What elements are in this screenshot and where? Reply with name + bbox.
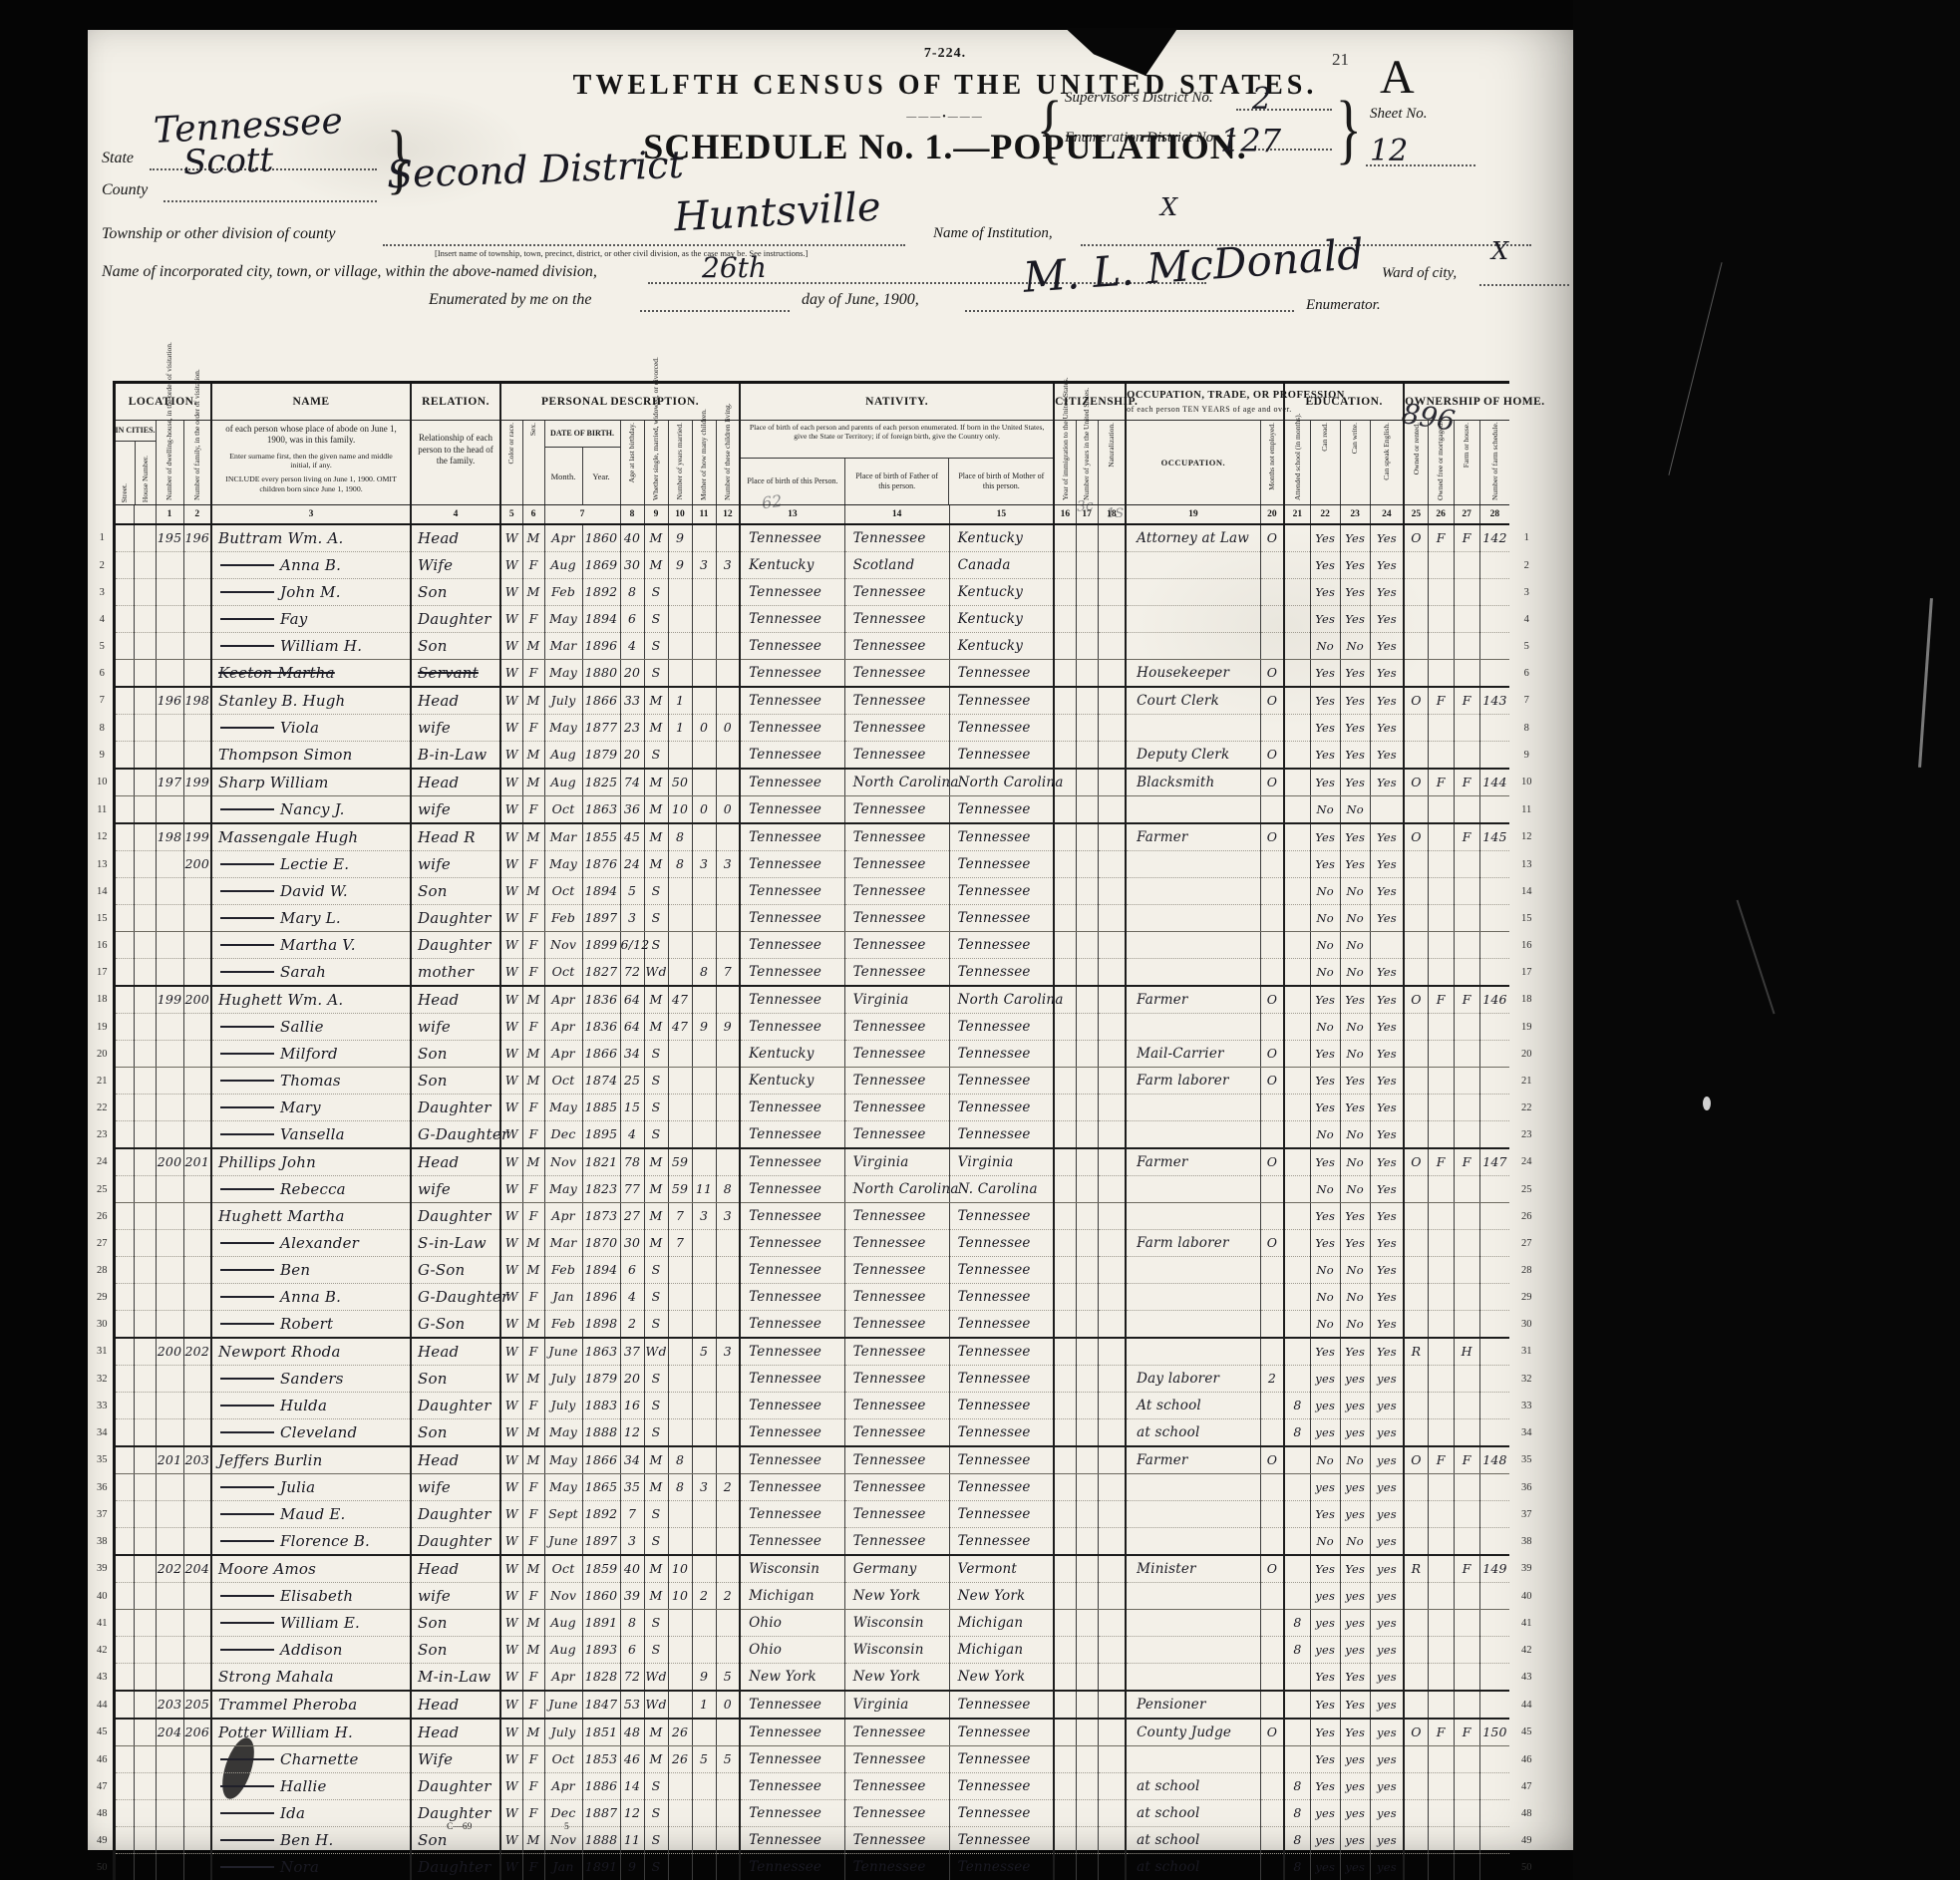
free-mortgaged-cell — [1428, 1257, 1454, 1284]
months-not-employed-cell — [1260, 1176, 1284, 1203]
can-speak-english-cell: Yes — [1370, 986, 1404, 1014]
free-mortgaged-cell — [1428, 1176, 1454, 1203]
sex-cell: M — [522, 986, 544, 1014]
name-cell: Julia — [211, 1474, 411, 1501]
birthplace-cell: Tennessee — [740, 1800, 844, 1827]
family-number — [183, 1610, 211, 1637]
father-birthplace-cell: Tennessee — [844, 687, 949, 715]
can-read-cell: Yes — [1310, 1501, 1340, 1528]
relation-cell: Daughter — [411, 1393, 500, 1419]
owned-rented-cell — [1404, 1014, 1428, 1041]
children-living-cell — [716, 1230, 740, 1257]
relation-cell: S-in-Law — [411, 1230, 500, 1257]
street-cell — [114, 986, 134, 1014]
months-not-employed-cell — [1260, 1854, 1284, 1880]
children-living-cell: 2 — [716, 1474, 740, 1501]
children-living-cell — [716, 1555, 740, 1583]
name-cell: David W. — [211, 878, 411, 905]
mother-of-children-cell — [692, 1419, 716, 1447]
can-write-cell: Yes — [1340, 1555, 1370, 1583]
years-in-us-cell — [1076, 1203, 1098, 1230]
marital-status-cell: S — [644, 1366, 668, 1393]
can-speak-english-cell: Yes — [1370, 1068, 1404, 1095]
father-birthplace-cell: Tennessee — [844, 606, 949, 633]
mother-of-children-cell — [692, 1501, 716, 1528]
relation-cell: Wife — [411, 1746, 500, 1773]
can-write-cell: Yes — [1340, 715, 1370, 742]
birth-year-cell: 1863 — [582, 1338, 620, 1366]
sex-cell: F — [522, 1393, 544, 1419]
marital-status-cell: S — [644, 1068, 668, 1095]
can-write-cell: No — [1340, 796, 1370, 824]
immigration-year-cell — [1054, 932, 1076, 959]
birthplace-cell: Tennessee — [740, 1121, 844, 1149]
house-number-cell — [134, 1393, 156, 1419]
birthplace-cell: Michigan — [740, 1583, 844, 1610]
farm-schedule-cell — [1479, 1746, 1509, 1773]
name-cell: Anna B. — [211, 552, 411, 579]
street-cell — [114, 1338, 134, 1366]
sex-cell: F — [522, 959, 544, 987]
ditto-dash — [220, 1053, 274, 1055]
age-cell: 6 — [620, 606, 644, 633]
dwelling-number — [156, 851, 183, 878]
dwelling-number: 197 — [156, 769, 183, 796]
immigration-year-cell — [1054, 1854, 1076, 1880]
immigration-year-cell — [1054, 606, 1076, 633]
family-number — [183, 1068, 211, 1095]
mother-of-children-cell — [692, 1446, 716, 1474]
immigration-year-cell — [1054, 1148, 1076, 1176]
row-number-right: 4 — [1509, 606, 1543, 633]
can-speak-english-cell: Yes — [1370, 524, 1404, 552]
free-mortgaged-cell — [1428, 1041, 1454, 1068]
years-in-us-cell — [1076, 1854, 1098, 1880]
color-cell: W — [500, 1664, 522, 1692]
free-mortgaged-cell — [1428, 1230, 1454, 1257]
months-not-employed-cell — [1260, 1121, 1284, 1149]
color-cell: W — [500, 1474, 522, 1501]
family-number — [183, 1095, 211, 1121]
mother-of-children-cell: 5 — [692, 1746, 716, 1773]
name-cell: Strong Mahala — [211, 1664, 411, 1692]
farm-house-cell — [1454, 1827, 1479, 1854]
row-number-right: 32 — [1509, 1366, 1543, 1393]
census-row: 50NoraDaughterWFJan18919STennesseeTennes… — [92, 1854, 1543, 1880]
can-read-cell: Yes — [1310, 1203, 1340, 1230]
children-living-cell — [716, 742, 740, 770]
name-cell: Maud E. — [211, 1501, 411, 1528]
can-write-cell: No — [1340, 1446, 1370, 1474]
birth-month-cell: May — [544, 660, 582, 688]
can-write-cell: yes — [1340, 1746, 1370, 1773]
ditto-dash — [220, 1080, 274, 1082]
free-mortgaged-cell — [1428, 1121, 1454, 1149]
row-number-right: 47 — [1509, 1773, 1543, 1800]
house-number-cell — [134, 742, 156, 770]
street-cell — [114, 579, 134, 606]
can-speak-english-cell: Yes — [1370, 1148, 1404, 1176]
mother-birthplace-cell: Kentucky — [949, 579, 1054, 606]
months-not-employed-cell: O — [1260, 986, 1284, 1014]
age-cell: 8 — [620, 1610, 644, 1637]
months-not-employed-cell: O — [1260, 1068, 1284, 1095]
mother-of-children-cell: 8 — [692, 959, 716, 987]
age-cell: 40 — [620, 1555, 644, 1583]
birthplace-cell: Ohio — [740, 1637, 844, 1664]
farm-house-cell — [1454, 1854, 1479, 1880]
can-speak-english-cell: yes — [1370, 1719, 1404, 1746]
months-not-employed-cell — [1260, 579, 1284, 606]
age-cell: 23 — [620, 715, 644, 742]
immigration-year-cell — [1054, 1419, 1076, 1447]
row-number-left: 28 — [92, 1257, 114, 1284]
age-cell: 7 — [620, 1501, 644, 1528]
months-not-employed-cell: O — [1260, 823, 1284, 851]
mother-birthplace-cell: Tennessee — [949, 796, 1054, 824]
dwelling-number: 202 — [156, 1555, 183, 1583]
row-number-left: 23 — [92, 1121, 114, 1149]
age-cell: 2 — [620, 1311, 644, 1339]
street-cell — [114, 878, 134, 905]
enumerator-underline — [965, 309, 1294, 312]
naturalization-cell — [1098, 1719, 1126, 1746]
mother-birthplace-cell: Tennessee — [949, 1827, 1054, 1854]
sex-cell: F — [522, 1773, 544, 1800]
sex-cell: M — [522, 1148, 544, 1176]
father-birthplace-cell: Tennessee — [844, 1719, 949, 1746]
ward-value: X — [1491, 237, 1508, 265]
father-birthplace-cell: Tennessee — [844, 1800, 949, 1827]
can-speak-english-cell: Yes — [1370, 1338, 1404, 1366]
naturalization-cell — [1098, 1773, 1126, 1800]
col-num-7: 7 — [544, 505, 620, 525]
col-num-20: 20 — [1260, 505, 1284, 525]
house-number-cell — [134, 552, 156, 579]
color-cell: W — [500, 1691, 522, 1719]
sex-cell: M — [522, 1827, 544, 1854]
months-not-employed-cell — [1260, 1501, 1284, 1528]
col-num-16: 16 — [1054, 505, 1076, 525]
naturalization-cell — [1098, 579, 1126, 606]
years-in-us-cell — [1076, 878, 1098, 905]
free-mortgaged-cell — [1428, 851, 1454, 878]
birth-year-cell: 1877 — [582, 715, 620, 742]
farm-house-cell — [1454, 959, 1479, 987]
farm-house-cell — [1454, 1176, 1479, 1203]
marital-status-cell: S — [644, 1800, 668, 1827]
marital-status-cell: S — [644, 1041, 668, 1068]
can-speak-english-cell: yes — [1370, 1800, 1404, 1827]
col-num-23: 23 — [1340, 505, 1370, 525]
birth-year-cell: 1893 — [582, 1637, 620, 1664]
immigration-year-cell — [1054, 851, 1076, 878]
naturalization-cell — [1098, 1474, 1126, 1501]
row-number-left: 30 — [92, 1311, 114, 1339]
census-body: 1195196Buttram Wm. A.HeadWMApr186040M9Te… — [92, 524, 1543, 1880]
years-in-us-cell — [1076, 687, 1098, 715]
color-cell: W — [500, 1555, 522, 1583]
farm-schedule-cell — [1479, 742, 1509, 770]
street-cell — [114, 1257, 134, 1284]
scan-black-margin — [1573, 0, 1960, 1880]
row-number-left: 24 — [92, 1148, 114, 1176]
row-number-left: 31 — [92, 1338, 114, 1366]
can-write-cell: No — [1340, 1284, 1370, 1311]
row-number-right: 5 — [1509, 633, 1543, 660]
free-mortgaged-cell — [1428, 633, 1454, 660]
row-number-right: 18 — [1509, 986, 1543, 1014]
row-number-left: 29 — [92, 1284, 114, 1311]
free-mortgaged-cell — [1428, 552, 1454, 579]
years-married-cell — [668, 1121, 692, 1149]
birthplace-cell: Tennessee — [740, 1095, 844, 1121]
census-row: 28BenG-SonWMFeb18946STennesseeTennesseeT… — [92, 1257, 1543, 1284]
mother-of-children-cell: 3 — [692, 1203, 716, 1230]
can-read-cell: Yes — [1310, 823, 1340, 851]
row-number-left: 34 — [92, 1419, 114, 1447]
family-number: 205 — [183, 1691, 211, 1719]
immigration-year-cell — [1054, 687, 1076, 715]
farm-house-cell — [1454, 1121, 1479, 1149]
can-speak-english-cell: yes — [1370, 1773, 1404, 1800]
years-married-cell — [668, 1366, 692, 1393]
occupation-cell: at school — [1126, 1419, 1260, 1447]
street-cell — [114, 1121, 134, 1149]
years-married-cell: 59 — [668, 1176, 692, 1203]
color-cell: W — [500, 959, 522, 987]
birthplace-cell: Tennessee — [740, 1419, 844, 1447]
occupation-cell: Attorney at Law — [1126, 524, 1260, 552]
owned-rented-cell — [1404, 715, 1428, 742]
can-speak-english-cell: Yes — [1370, 823, 1404, 851]
ditto-dash — [220, 1595, 274, 1597]
mother-birthplace-cell: N. Carolina — [949, 1176, 1054, 1203]
attended-school-cell: 8 — [1284, 1827, 1310, 1854]
children-living-cell: 5 — [716, 1746, 740, 1773]
birth-year-cell: 1888 — [582, 1827, 620, 1854]
mother-birthplace-cell: Tennessee — [949, 1528, 1054, 1556]
census-row: 36JuliawifeWFMay186535M832TennesseeTenne… — [92, 1474, 1543, 1501]
immigration-year-cell — [1054, 1284, 1076, 1311]
name-cell: Sallie — [211, 1014, 411, 1041]
birth-month-cell: Feb — [544, 905, 582, 932]
owned-rented-cell — [1404, 1583, 1428, 1610]
immigration-year-cell — [1054, 552, 1076, 579]
dwelling-number — [156, 1583, 183, 1610]
street-cell — [114, 1501, 134, 1528]
years-married-cell: 50 — [668, 769, 692, 796]
col-group-name: NAME — [211, 383, 411, 421]
years-in-us-cell — [1076, 742, 1098, 770]
house-number-cell — [134, 932, 156, 959]
months-not-employed-cell: O — [1260, 769, 1284, 796]
birth-year-cell: 1823 — [582, 1176, 620, 1203]
color-cell: W — [500, 660, 522, 688]
street-cell — [114, 769, 134, 796]
birth-year-cell: 1866 — [582, 687, 620, 715]
attended-school-cell — [1284, 606, 1310, 633]
farm-house-cell: F — [1454, 1719, 1479, 1746]
color-cell: W — [500, 524, 522, 552]
occupation-cell — [1126, 1284, 1260, 1311]
marital-status-cell: S — [644, 878, 668, 905]
birth-year-cell: 1885 — [582, 1095, 620, 1121]
months-not-employed-cell — [1260, 715, 1284, 742]
col-header-farm-schedule: Number of farm schedule. — [1479, 421, 1509, 505]
row-number-left: 22 — [92, 1095, 114, 1121]
enum-day-underline — [640, 309, 790, 312]
in-cities-header: IN CITIES. — [116, 421, 156, 442]
birth-month-cell: Feb — [544, 579, 582, 606]
can-speak-english-cell: yes — [1370, 1555, 1404, 1583]
name-cell: Ben H. — [211, 1827, 411, 1854]
owned-rented-cell — [1404, 1176, 1428, 1203]
sex-cell: M — [522, 633, 544, 660]
months-not-employed-cell — [1260, 932, 1284, 959]
birthplace-cell: Tennessee — [740, 687, 844, 715]
years-married-cell: 8 — [668, 1446, 692, 1474]
ditto-dash — [220, 971, 274, 973]
birth-year-cell: 1869 — [582, 552, 620, 579]
years-in-us-cell — [1076, 1419, 1098, 1447]
relation-cell: Daughter — [411, 606, 500, 633]
occupation-cell — [1126, 1474, 1260, 1501]
can-write-cell: yes — [1340, 1474, 1370, 1501]
relation-cell: Head — [411, 1148, 500, 1176]
farm-house-cell — [1454, 1366, 1479, 1393]
immigration-year-cell — [1054, 524, 1076, 552]
relation-cell: G-Daughter — [411, 1284, 500, 1311]
mother-birthplace-cell: Tennessee — [949, 1014, 1054, 1041]
farm-house-cell — [1454, 1014, 1479, 1041]
mother-birthplace-cell: Tennessee — [949, 1121, 1054, 1149]
name-cell: Massengale Hugh — [211, 823, 411, 851]
free-mortgaged-cell — [1428, 1501, 1454, 1528]
children-living-cell — [716, 1148, 740, 1176]
free-mortgaged-cell — [1428, 796, 1454, 824]
street-cell — [114, 1746, 134, 1773]
years-in-us-cell — [1076, 552, 1098, 579]
years-married-cell: 26 — [668, 1719, 692, 1746]
farm-schedule-cell — [1479, 796, 1509, 824]
can-speak-english-cell: Yes — [1370, 1257, 1404, 1284]
age-cell: 8 — [620, 579, 644, 606]
row-number-left: 32 — [92, 1366, 114, 1393]
color-cell: W — [500, 1446, 522, 1474]
marital-status-cell: M — [644, 769, 668, 796]
age-cell: 12 — [620, 1419, 644, 1447]
can-write-cell: yes — [1340, 1393, 1370, 1419]
years-married-cell — [668, 579, 692, 606]
mother-birthplace-cell: Tennessee — [949, 1095, 1054, 1121]
can-speak-english-cell: yes — [1370, 1446, 1404, 1474]
occupation-cell — [1126, 905, 1260, 932]
birth-month-cell: Nov — [544, 1583, 582, 1610]
ditto-dash — [220, 1269, 274, 1271]
house-number-cell — [134, 1501, 156, 1528]
mother-birthplace-cell: Tennessee — [949, 742, 1054, 770]
can-read-cell: Yes — [1310, 524, 1340, 552]
children-living-cell — [716, 986, 740, 1014]
family-number — [183, 1203, 211, 1230]
birth-month-cell: Apr — [544, 524, 582, 552]
naturalization-cell — [1098, 1501, 1126, 1528]
owned-rented-cell — [1404, 1257, 1428, 1284]
birth-month-cell: May — [544, 1419, 582, 1447]
can-read-cell: Yes — [1310, 1041, 1340, 1068]
farm-house-cell — [1454, 1257, 1479, 1284]
free-mortgaged-cell: F — [1428, 1446, 1454, 1474]
mother-birthplace-cell: Tennessee — [949, 1746, 1054, 1773]
marital-status-cell: S — [644, 1257, 668, 1284]
farm-schedule-cell — [1479, 1610, 1509, 1637]
farm-schedule-cell — [1479, 932, 1509, 959]
years-in-us-cell — [1076, 1610, 1098, 1637]
immigration-year-cell — [1054, 1338, 1076, 1366]
farm-schedule-cell — [1479, 1041, 1509, 1068]
naturalization-cell — [1098, 1583, 1126, 1610]
row-number-left: 33 — [92, 1393, 114, 1419]
can-read-cell: No — [1310, 1446, 1340, 1474]
birth-month-cell: Oct — [544, 1555, 582, 1583]
naturalization-cell — [1098, 1746, 1126, 1773]
immigration-year-cell — [1054, 1393, 1076, 1419]
mother-of-children-cell: 0 — [692, 715, 716, 742]
owned-rented-cell — [1404, 1366, 1428, 1393]
birth-month-cell: May — [544, 606, 582, 633]
age-cell: 12 — [620, 1800, 644, 1827]
farm-house-cell — [1454, 1583, 1479, 1610]
years-married-cell — [668, 1773, 692, 1800]
naturalization-cell — [1098, 1827, 1126, 1854]
mother-of-children-cell: 3 — [692, 552, 716, 579]
row-number-right: 46 — [1509, 1746, 1543, 1773]
years-married-cell — [668, 932, 692, 959]
months-not-employed-cell: 2 — [1260, 1366, 1284, 1393]
family-number — [183, 579, 211, 606]
name-cell: Thomas — [211, 1068, 411, 1095]
children-living-cell: 0 — [716, 796, 740, 824]
color-cell: W — [500, 1393, 522, 1419]
house-number-cell — [134, 660, 156, 688]
attended-school-cell: 8 — [1284, 1773, 1310, 1800]
farm-house-cell — [1454, 660, 1479, 688]
birthplace-cell: Tennessee — [740, 1501, 844, 1528]
free-mortgaged-cell — [1428, 1637, 1454, 1664]
can-write-cell: No — [1340, 932, 1370, 959]
birth-year-cell: 1851 — [582, 1719, 620, 1746]
birth-month-cell: June — [544, 1691, 582, 1719]
color-cell: W — [500, 1203, 522, 1230]
house-number-cell — [134, 606, 156, 633]
mother-of-children-cell — [692, 1800, 716, 1827]
relation-cell: G-Daughter — [411, 1121, 500, 1149]
farm-schedule-cell — [1479, 1176, 1509, 1203]
sex-cell: F — [522, 1746, 544, 1773]
years-married-cell — [668, 1419, 692, 1447]
family-number: 201 — [183, 1148, 211, 1176]
occupation-group-subtitle: of each person TEN YEARS of age and over… — [1127, 405, 1283, 414]
row-number-right: 50 — [1509, 1854, 1543, 1880]
dwelling-number: 199 — [156, 986, 183, 1014]
can-read-cell: No — [1310, 932, 1340, 959]
can-read-cell: No — [1310, 1121, 1340, 1149]
marital-status-cell: M — [644, 715, 668, 742]
can-speak-english-cell: yes — [1370, 1528, 1404, 1556]
census-row: 8ViolawifeWFMay187723M100TennesseeTennes… — [92, 715, 1543, 742]
years-married-cell — [668, 1338, 692, 1366]
